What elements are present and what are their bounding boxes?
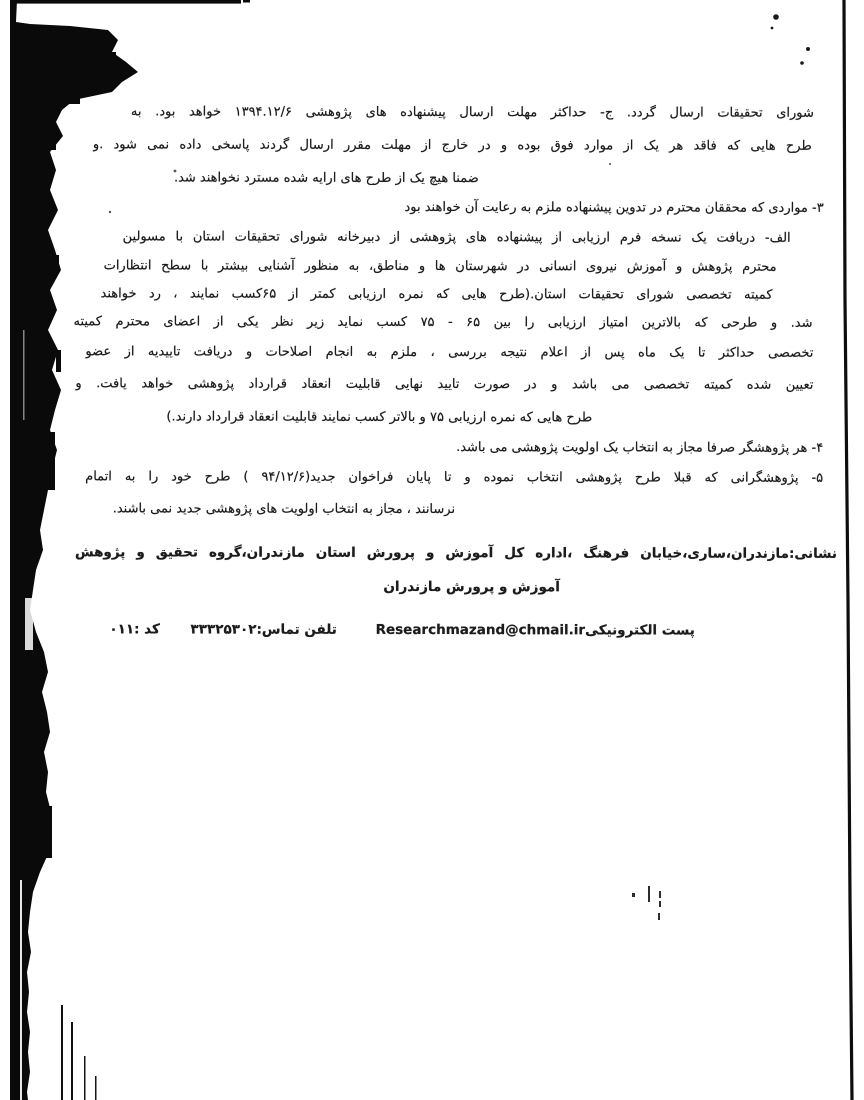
body-line-3: ضمنا هیچ یک از طرح های ارایه شده مسترد ن… — [174, 167, 479, 189]
area-code: کد :۰۱۱ — [109, 619, 160, 640]
item-alef-line-4: شد. و طرحی که بالاترین امتیاز ارزیابی را… — [73, 311, 812, 335]
item-alef-line-6: تعیین شده کمیته تخصصی می باشد و در صورت … — [75, 373, 813, 397]
list-item-5-line-2: نرسانند ، مجاز به انتخاب اولویت های پژوه… — [113, 498, 455, 520]
address-line-2: آموزش و پرورش مازندران — [383, 577, 560, 598]
list-item-4: ۴- هر پژوهشگر صرفا مجاز به انتخاب یک اول… — [456, 437, 823, 459]
item-alef-line-1: الف- دریافت یک نسخه فرم ارزیابی از پیشنه… — [123, 226, 791, 249]
document-text: شورای تحقیقات ارسال گردد. ج- حداکثر مهلت… — [0, 0, 864, 1100]
item-alef-line-5: تخصصی حداکثر تا یک ماه پس از اعلام نتیجه… — [85, 341, 813, 365]
address-line-1: نشانی:مازندران،ساری،خیابان فرهنگ ،اداره … — [75, 542, 837, 566]
email-label: پست الکترونیکی — [585, 622, 695, 638]
email-row: پست الکترونیکیResearchmazand@chmail.ir — [376, 620, 695, 642]
item-alef-line-2: محترم پژوهش و آموزش نیروی انسانی در شهرس… — [104, 255, 777, 278]
list-item-3-heading: ۳- مواردی که محققان محترم در تدوین پیشنه… — [404, 197, 823, 219]
item-alef-line-7: طرح هایی که نمره ارزیابی ۷۵ و بالاتر کسب… — [166, 406, 592, 428]
list-item-5-line-1: ۵- پژوهشگرانی که قبلا طرح پژوهشی انتخاب … — [85, 466, 823, 490]
body-line-2: طرح هایی که فاقد هر یک از موارد فوق بوده… — [93, 134, 812, 158]
phone-row: تلفن تماس:۳۳۳۲۵۳۰۲ — [191, 619, 337, 640]
item-alef-line-3: کمیته تخصصی شورای تحقیقات استان.(طرح های… — [101, 283, 773, 306]
body-line-1: شورای تحقیقات ارسال گردد. ج- حداکثر مهلت… — [131, 101, 814, 124]
email-address: Researchmazand@chmail.ir — [376, 620, 586, 641]
scanned-document-page: شورای تحقیقات ارسال گردد. ج- حداکثر مهلت… — [0, 0, 864, 1100]
